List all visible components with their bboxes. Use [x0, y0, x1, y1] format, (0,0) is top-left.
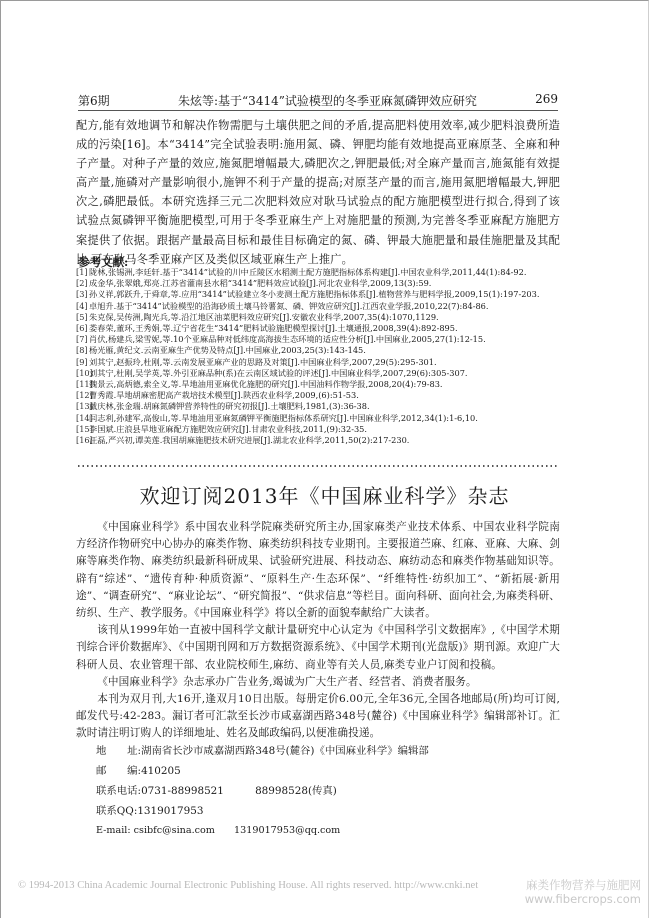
contact-phone: 联系电话:0731-88998521 88998528(传真) [96, 781, 429, 801]
advert-paragraph: 本刊为双月刊,大16开,逢双月10日出版。每册定价6.00元,全年36元,全国各… [76, 691, 560, 743]
reference-item: [3]孙义祥,郭跃升,于舜章,等.应用“3414”试验建立冬小麦测土配方施肥指标… [76, 289, 562, 300]
issue-number: 第6期 [78, 92, 110, 109]
references-list: [1]陇林,张锡洲,李廷轩.基于“3414”试验的川中丘陵区水稻测土配方施肥指标… [76, 267, 562, 446]
article-title: 朱炫等:基于“3414”试验模型的冬季亚麻氮磷钾效应研究 [178, 92, 477, 109]
contact-address: 地 址:湖南省长沙市咸嘉湖西路348号(麓谷)《中国麻业科学》编辑部 [96, 741, 429, 761]
contact-email: E-mail: csibfc@sina.com 1319017953@qq.co… [96, 821, 429, 841]
watermark-title: 麻类作物营养与施肥网 [525, 878, 641, 892]
header-rule [78, 110, 558, 111]
advert-body: 《中国麻业科学》系中国农业科学院麻类研究所主办,国家麻类产业技术体系、中国农业科… [76, 519, 560, 743]
advert-paragraph: 该刊从1999年始一直被中国科学文献计量研究中心认定为《中国科学引文数据库》,《… [76, 622, 560, 674]
reference-item: [4]卓旭升.基于“3414”试验模型的沿海砂质土壤马铃薯氮、磷、钾效应研究[J… [76, 301, 562, 312]
running-head: 第6期 朱炫等:基于“3414”试验模型的冬季亚麻氮磷钾效应研究 269 [78, 92, 558, 108]
conclusion-paragraph: 配方,能有效地调节和解决作物需肥与土壤供肥之间的矛盾,提高肥料使用效率,减少肥料… [76, 116, 560, 269]
contact-qq: 联系QQ:1319017953 [96, 801, 429, 821]
reference-item: [10]刘其宁,杜刚,吴学英,等.外引亚麻品种(系)在云南区域试验的评述[J].… [76, 368, 562, 379]
advert-paragraph: 《中国麻业科学》杂志承办广告业务,竭诚为广大生产者、经营者、消费者服务。 [76, 674, 560, 691]
reference-item: [13]戴庆林,张金瑞.胡麻氮磷钾营养特性的研究初报[J].土壤肥料,1981,… [76, 401, 562, 412]
reference-item: [6]娄春荣,董环,王秀娟,等.辽宁省花生“3414”肥料试验施肥模型探讨[J]… [76, 323, 562, 334]
watermark-url: www.fibercrops.com [525, 892, 641, 906]
reference-item: [8]杨光雁,黄纪文.云南亚麻生产优势及特点[J].中国麻业,2003,25(3… [76, 345, 562, 356]
reference-item: [7]肖伏,杨建兵,梁雪妮,等.10个亚麻品种对低纬度高海拔生态环境的适应性分析… [76, 334, 562, 345]
reference-item: [16]汪磊,严兴初,谭美莲.我国胡麻施肥技术研究进展[J].湖北农业科学,20… [76, 435, 562, 446]
reference-item: [15]李国斌.庄浪县旱地亚麻配方施肥效应研究[J].甘肃农业科技,2011,(… [76, 424, 562, 435]
reference-item: [14]闫志利,孙建军,高俊山,等.旱地油用亚麻氮磷钾平衡施肥指标体系研究[J]… [76, 413, 562, 424]
advert-title: 欢迎订阅2013年《中国麻业科学》杂志 [0, 480, 649, 509]
contact-postcode: 邮 编:410205 [96, 761, 429, 781]
reference-item: [12]曹秀霞.旱地胡麻密肥高产栽培技术模型[J].陕西农业科学,2009,(6… [76, 390, 562, 401]
reference-item: [1]陇林,张锡洲,李廷轩.基于“3414”试验的川中丘陵区水稻测土配方施肥指标… [76, 267, 562, 278]
advert-paragraph: 《中国麻业科学》系中国农业科学院麻类研究所主办,国家麻类产业技术体系、中国农业科… [76, 519, 560, 622]
copyright-footer: © 1994-2013 China Academic Journal Elect… [18, 880, 478, 891]
contact-block: 地 址:湖南省长沙市咸嘉湖西路348号(麓谷)《中国麻业科学》编辑部 邮 编:4… [96, 741, 429, 841]
page-number: 269 [535, 92, 558, 106]
reference-item: [11]魏景云,高炳德,索全义,等.旱地油用亚麻优化施肥的研究[J].中国油料作… [76, 379, 562, 390]
reference-item: [9]刘其宁,赵振玲,杜刚,等.云南发展亚麻产业的思路及对策[J].中国麻业科学… [76, 357, 562, 368]
reference-item: [5]朱克保,吴传洲,陶光兵,等.沿江地区油菜肥料效应研究[J].安徽农业科学,… [76, 312, 562, 323]
reference-item: [2]成金华,张翠娥,郑亮.江苏省灌南县水稻“3414”肥料效应试验[J].河北… [76, 278, 562, 289]
watermark: 麻类作物营养与施肥网 www.fibercrops.com [525, 878, 641, 906]
section-divider [78, 465, 558, 467]
